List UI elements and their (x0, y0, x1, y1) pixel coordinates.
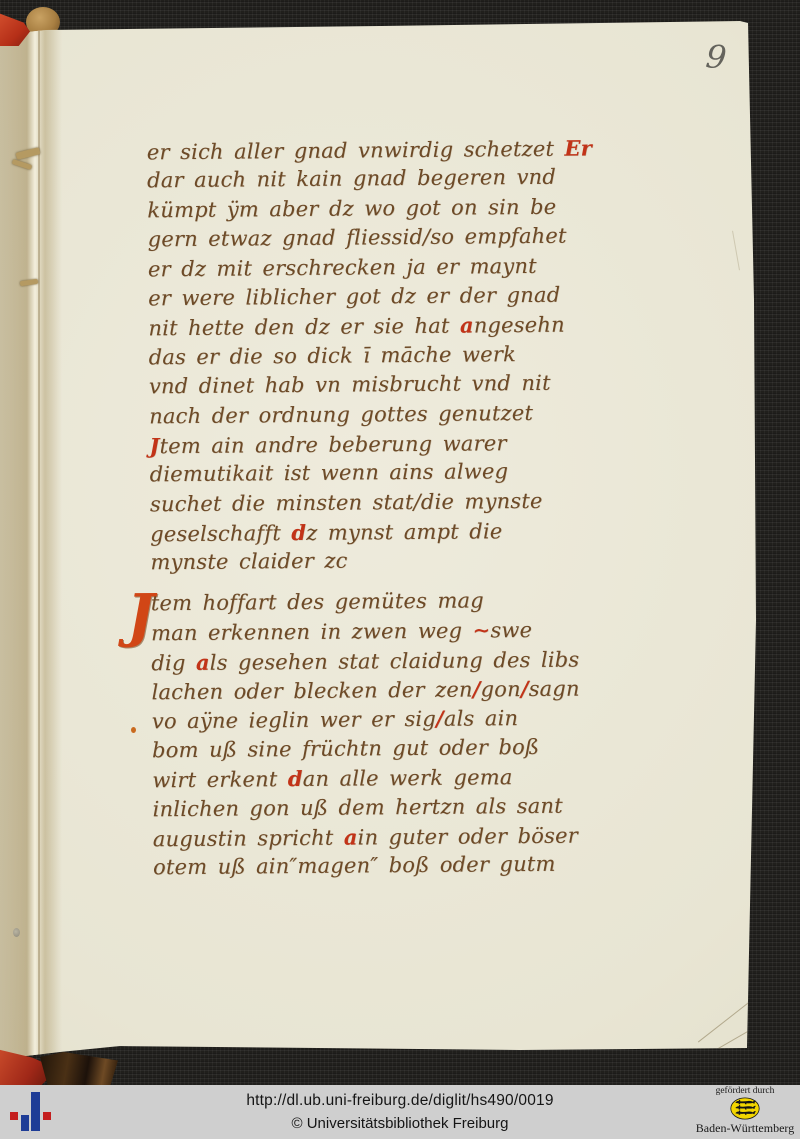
manuscript-paragraph: Jtem hoffart des gemütes magman erkennen… (151, 587, 684, 886)
manuscript-line: man erkennen in zwen weg ∼swe (151, 616, 681, 650)
manuscript-text: er sich aller gnad vnwirdig schetzet Erd… (147, 135, 683, 885)
manuscript-line: augustin spricht ain guter oder böser (153, 822, 683, 856)
manuscript-line: er were liblicher got dz er der gnad (148, 282, 678, 316)
manuscript-line: otem uß ain″magen″ boß oder gutm (153, 851, 683, 885)
manuscript-line: bom uß sine früchtn gut oder boß (152, 733, 682, 767)
document-url: http://dl.ub.uni-freiburg.de/diglit/hs49… (0, 1092, 800, 1110)
manuscript-line: suchet die minsten stat/die mynste (150, 487, 680, 521)
page-crease (698, 983, 774, 1043)
manuscript-line: lachen oder blecken der zen/gon/sagn (151, 675, 681, 709)
manuscript-line: kümpt ÿm aber dz wo got on sin be (147, 193, 677, 227)
manuscript-line: nach der ordnung gottes genutzet (149, 399, 679, 433)
footer-text-block: http://dl.ub.uni-freiburg.de/diglit/hs49… (0, 1092, 800, 1132)
gutter-fold (0, 0, 62, 1139)
manuscript-line: er dz mit erschrecken ja er maynt (148, 252, 678, 286)
manuscript-line: gern etwaz gnad fliessid/so empfahet (148, 223, 678, 257)
footer-bar: http://dl.ub.uni-freiburg.de/diglit/hs49… (0, 1085, 800, 1139)
page-crease (705, 1017, 773, 1057)
manuscript-line: geselschafft dz mynst ampt die (150, 517, 680, 551)
paragraph-initial: J (127, 581, 155, 649)
manuscript-page: 9 er sich aller gnad vnwirdig schetzet E… (0, 0, 800, 1139)
manuscript-line: mynste claider zc (150, 546, 680, 580)
binding-hole (13, 928, 20, 937)
funding-name: Baden-Württemberg (695, 1121, 795, 1136)
manuscript-line: vnd dinet hab vn misbrucht vnd nit (149, 370, 679, 404)
gutter-fold-line (38, 0, 40, 1139)
copyright-notice: © Universitätsbibliothek Freiburg (0, 1115, 800, 1132)
manuscript-line: er sich aller gnad vnwirdig schetzet Er (147, 135, 677, 169)
manuscript-line: inlichen gon uß dem hertzn als sant (152, 792, 682, 826)
baden-wuerttemberg-arms-icon (729, 1097, 761, 1120)
manuscript-line: wirt erkent dan alle werk gema (152, 763, 682, 797)
page-crease (732, 231, 740, 271)
funding-label: gefördert durch (695, 1086, 795, 1096)
manuscript-line: Jtem ain andre beberung warer (149, 429, 679, 463)
folio-number: 9 (704, 37, 728, 77)
manuscript-paragraph: er sich aller gnad vnwirdig schetzet Erd… (147, 135, 681, 580)
manuscript-line: dig als gesehen stat claidung des libs (151, 645, 681, 679)
manuscript-line: vo aÿne ieglin wer er sig/als ain (152, 704, 682, 738)
manuscript-line: tem hoffart des gemütes mag (151, 587, 681, 621)
manuscript-line: nit hette den dz er sie hat angesehn (148, 311, 678, 345)
funding-block: gefördert durch Baden-Württemberg (695, 1086, 795, 1136)
manuscript-line: das er die so dick ī māche werk (149, 340, 679, 374)
manuscript-line: diemutikait ist wenn ains alweg (150, 458, 680, 492)
manuscript-line: dar auch nit kain gnad begeren vnd (147, 164, 677, 198)
binding-tail (40, 1052, 118, 1086)
margin-mark (131, 727, 136, 733)
